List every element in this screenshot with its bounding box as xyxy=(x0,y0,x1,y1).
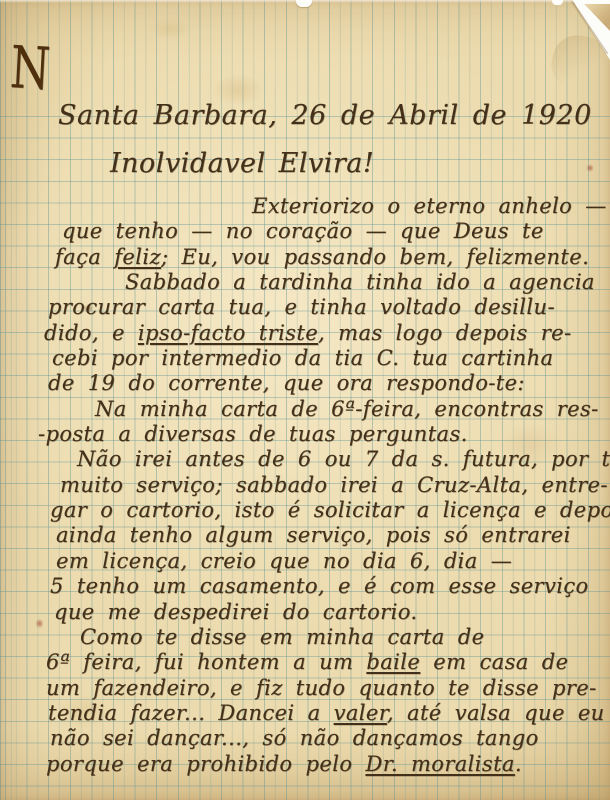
letter-line: Na minha carta de 6ª-feira, encontras re… xyxy=(0,397,610,422)
underlined-phrase: valer xyxy=(334,701,387,725)
letter-line: em licença, creio que no dia 6, dia — xyxy=(0,549,610,574)
archive-mark: N xyxy=(9,38,52,98)
letter-text: não sei dançar..., só não dançamos tango xyxy=(50,726,539,750)
letter-text: ainda tenho algum serviço, pois só entra… xyxy=(56,523,571,547)
paper-stain xyxy=(150,18,190,40)
letter-line: um fazendeiro, e fiz tudo quanto te diss… xyxy=(0,676,610,701)
letter-text: faça xyxy=(55,245,114,269)
letter-line: tendia fazer... Dancei a valer, até vals… xyxy=(0,701,610,726)
letter-text: tendia fazer... Dancei a xyxy=(48,701,334,725)
letter-text: porque era prohibido pelo xyxy=(46,752,365,776)
letter-text: Como te disse em minha carta de xyxy=(80,625,484,649)
letter-line: gar o cartorio, isto é solicitar a licen… xyxy=(0,498,610,523)
letter-text: ; Eu, vou passando bem, felizmente. xyxy=(161,245,589,269)
underlined-phrase: baile xyxy=(366,650,420,674)
letter-line: que me despedirei do cartorio. xyxy=(0,600,610,625)
letter-text: de 19 do corrente, que ora respondo-te: xyxy=(48,371,525,395)
underlined-phrase: Dr. moralista xyxy=(365,752,514,776)
dateline: Santa Barbara, 26 de Abril de 1920 xyxy=(58,100,592,131)
letter-text: 5 tenho um casamento, e é com esse servi… xyxy=(50,574,589,598)
underlined-phrase: feliz xyxy=(114,245,161,269)
letter-line: cebi por intermedio da tia C. tua cartin… xyxy=(0,346,610,371)
letter-line: porque era prohibido pelo Dr. moralista. xyxy=(0,752,610,777)
letter-text: Na minha carta de 6ª-feira, encontras re… xyxy=(95,397,599,421)
letter-line: muito serviço; sabbado irei a Cruz-Alta,… xyxy=(0,473,610,498)
paper-stain xyxy=(586,164,594,172)
letter-text: dido, e xyxy=(44,321,138,345)
letter-text: que tenho — no coração — que Deus te xyxy=(62,219,544,243)
underlined-phrase: ipso-facto triste xyxy=(138,321,318,345)
letter-text: 6ª feira, fui hontem a um xyxy=(46,650,366,674)
letter-line: -posta a diversas de tuas perguntas. xyxy=(0,422,610,447)
letter-text: . xyxy=(515,752,522,776)
letter-text: procurar carta tua, e tinha voltado desi… xyxy=(48,295,555,319)
letter-line: dido, e ipso-facto triste, mas logo depo… xyxy=(0,321,610,346)
letter-text: gar o cartorio, isto é solicitar a licen… xyxy=(50,498,610,522)
letter-body: Exteriorizo o eterno anhelo —que tenho —… xyxy=(0,194,610,777)
letter-text: em licença, creio que no dia 6, dia — xyxy=(56,549,512,573)
letter-text: , até valsa que eu xyxy=(387,701,605,725)
letter-line: de 19 do corrente, que ora respondo-te: xyxy=(0,371,610,396)
letter-line: ainda tenho algum serviço, pois só entra… xyxy=(0,523,610,548)
paper-top-edge xyxy=(0,0,610,3)
letter-line: procurar carta tua, e tinha voltado desi… xyxy=(0,295,610,320)
letter-line: 5 tenho um casamento, e é com esse servi… xyxy=(0,574,610,599)
letter-text: muito serviço; sabbado irei a Cruz-Alta,… xyxy=(60,473,608,497)
letter-text: Não irei antes de 6 ou 7 da s. futura, p… xyxy=(77,447,610,471)
letter-line: Exteriorizo o eterno anhelo — xyxy=(0,194,610,219)
letter-line: Sabbado a tardinha tinha ido a agencia xyxy=(0,270,610,295)
letter-text: que me despedirei do cartorio. xyxy=(54,600,418,624)
letter-line: Não irei antes de 6 ou 7 da s. futura, p… xyxy=(0,447,610,472)
letter-text: cebi por intermedio da tia C. tua cartin… xyxy=(52,346,553,370)
letter-page: N Santa Barbara, 26 de Abril de 1920 Ino… xyxy=(0,0,610,800)
letter-text: Exteriorizo o eterno anhelo — xyxy=(252,194,607,218)
letter-text: -posta a diversas de tuas perguntas. xyxy=(38,422,468,446)
letter-text: Sabbado a tardinha tinha ido a agencia xyxy=(125,270,595,294)
letter-line: faça feliz; Eu, vou passando bem, felizm… xyxy=(0,245,610,270)
letter-text: em casa de xyxy=(420,650,568,674)
letter-text: um fazendeiro, e fiz tudo quanto te diss… xyxy=(46,676,597,700)
letter-line: não sei dançar..., só não dançamos tango xyxy=(0,726,610,751)
letter-line: Como te disse em minha carta de xyxy=(0,625,610,650)
letter-line: 6ª feira, fui hontem a um baile em casa … xyxy=(0,650,610,675)
letter-line: que tenho — no coração — que Deus te xyxy=(0,219,610,244)
letter-text: , mas logo depois re- xyxy=(318,321,571,345)
salutation: Inolvidavel Elvira! xyxy=(110,148,374,179)
